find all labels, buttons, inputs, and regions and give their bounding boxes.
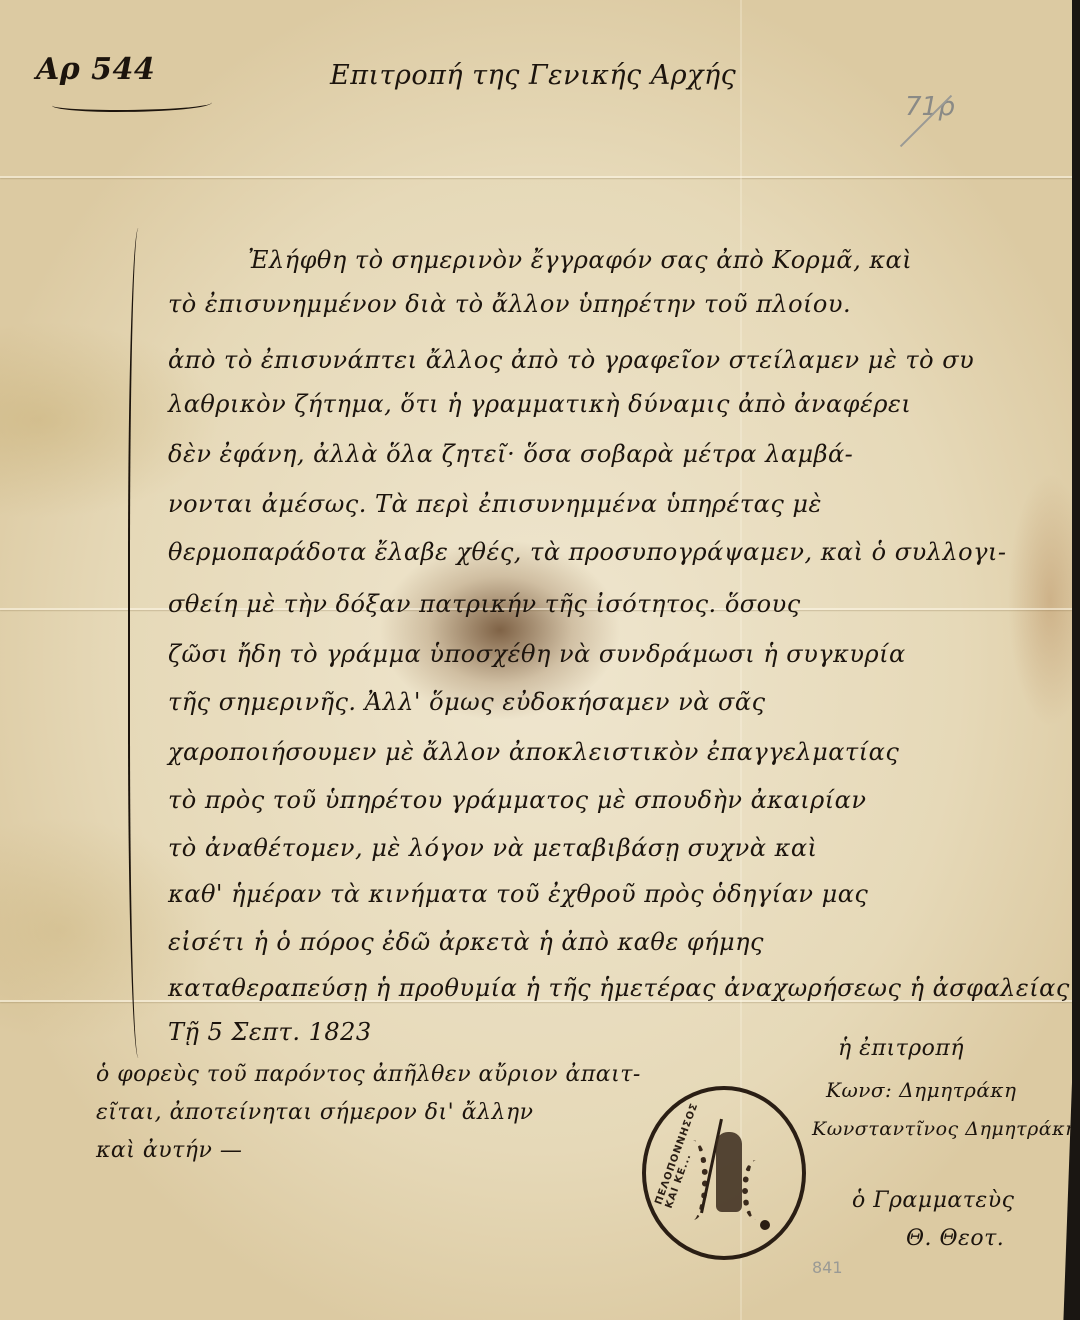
- body-line: σθείη μὲ τὴν δόξαν πατρικήν τῆς ἰσότητος…: [168, 590, 801, 618]
- body-line: Ἐλήφθη τὸ σημερινὸν ἔγγραφόν σας ἀπὸ Κορ…: [248, 246, 912, 274]
- reference-underline-flourish: [52, 96, 212, 112]
- laurel-branch-icon: [742, 1160, 770, 1220]
- body-line: καταθεραπεύσῃ ἡ προθυμία ἡ τῆς ἡμετέρας …: [168, 974, 1070, 1002]
- body-line: τῆς σημερινῆς. Ἀλλ' ὅμως εὐδοκήσαμεν νὰ …: [168, 688, 766, 716]
- secretary-label: ὁ Γραμματεὺς: [852, 1188, 1014, 1213]
- body-line: εἰσέτι ἡ ὁ πόρος ἐδῶ ἀρκετὰ ἡ ἀπὸ καθε φ…: [168, 928, 764, 956]
- body-line: δὲν ἐφάνη, ἀλλὰ ὅλα ζητεῖ· ὅσα σοβαρὰ μέ…: [168, 440, 853, 468]
- paper-fold-line: [0, 176, 1072, 178]
- body-line: λαθρικὸν ζήτημα, ὅτι ἡ γραμματικὴ δύναμι…: [168, 390, 911, 418]
- standing-figure-icon: [716, 1132, 742, 1212]
- body-line: θερμοπαράδοτα ἔλαβε χθές, τὰ προσυπογράψ…: [168, 538, 1006, 566]
- body-line: νονται ἀμέσως. Τὰ περὶ ἐπισυνημμένα ὑπηρ…: [168, 490, 822, 518]
- official-seal: ΠΕΛΟΠΟΝΝΗΣΟΣ ΚΑΙ ΚΕ...: [642, 1086, 806, 1260]
- postscript-line: καὶ ἀυτήν —: [96, 1138, 242, 1163]
- signature-name-full: Κωνσταντῖνος Δημητράκης: [812, 1118, 1080, 1140]
- body-line: ζῶσι ἤδη τὸ γράμμα ὑποσχέθη νὰ συνδράμωσ…: [168, 640, 906, 668]
- reference-number: Αρ 544: [36, 52, 155, 87]
- body-line: τὸ ἐπισυνημμένον διὰ τὸ ἄλλον ὑπηρέτην τ…: [168, 290, 851, 318]
- letter-date: Τῇ 5 Σεπτ. 1823: [168, 1018, 372, 1046]
- margin-bracket-line: [128, 228, 154, 1058]
- archive-pencil-number: 841: [812, 1258, 843, 1277]
- body-line: καθ' ἡμέραν τὰ κινήματα τοῦ ἐχθροῦ πρὸς …: [168, 880, 868, 908]
- seal-emblem: ΠΕΛΟΠΟΝΝΗΣΟΣ ΚΑΙ ΚΕ...: [666, 1110, 782, 1236]
- postscript-line: ὁ φορεὺς τοῦ παρόντος ἀπῆλθεν αὔριον ἀπα…: [96, 1062, 641, 1087]
- body-line: τὸ ἀναθέτομεν, μὲ λόγον νὰ μεταβιβάσῃ συ…: [168, 834, 817, 862]
- secretary-signature: Θ. Θεοτ.: [906, 1226, 1004, 1251]
- body-line: χαροποιήσουμεν μὲ ἄλλον ἀποκλειστικὸν ἐπ…: [168, 738, 899, 766]
- postscript-line: εῖται, ἀποτείνηται σήμερον δι' ἄλλην: [96, 1100, 534, 1125]
- seal-dot-mark: [760, 1220, 770, 1230]
- manuscript-page: Αρ 544 Επιτροπή της Γενικής Αρχής 71ρ Ἐλ…: [0, 0, 1072, 1320]
- letter-heading: Επιτροπή της Γενικής Αρχής: [330, 60, 736, 91]
- signature-name-short: Κωνσ: Δημητράκη: [826, 1078, 1017, 1102]
- body-line: τὸ πρὸς τοῦ ὑπηρέτου γράμματος μὲ σπουδὴ…: [168, 786, 866, 814]
- signature-committee: ἡ ἐπιτροπή: [838, 1036, 964, 1061]
- body-line: ἀπὸ τὸ ἐπισυνάπτει ἄλλος ἀπὸ τὸ γραφεῖον…: [168, 346, 974, 374]
